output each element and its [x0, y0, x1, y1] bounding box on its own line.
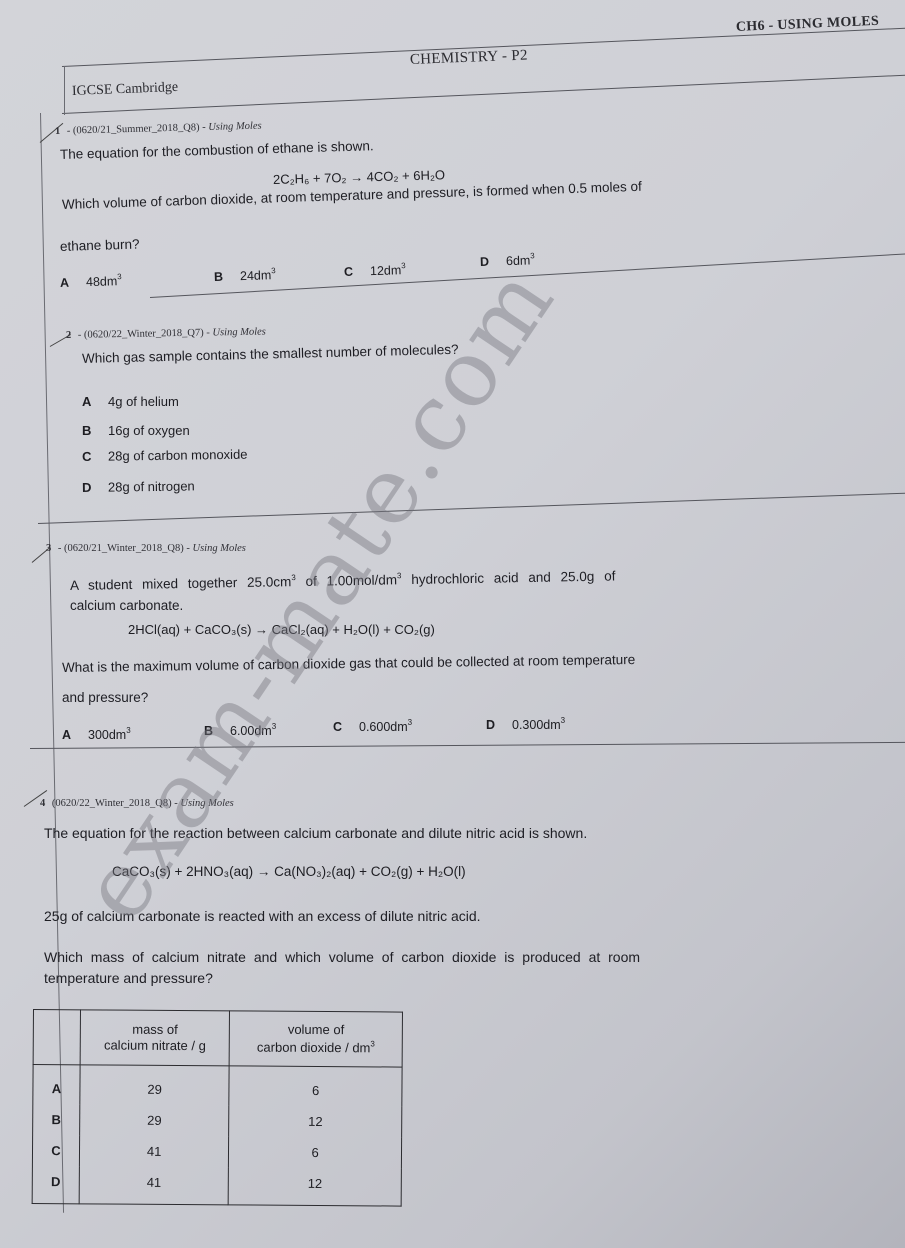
option-letter: C	[32, 1135, 79, 1166]
question-number: 2	[66, 330, 71, 341]
chemical-equation: 2C₂H₆ + 7O₂ → 4CO₂ + 6H₂O	[273, 167, 445, 187]
subject-title: CHEMISTRY - P2	[410, 47, 528, 69]
volume-cell: 6	[229, 1066, 402, 1107]
option-letter: B	[33, 1104, 80, 1135]
option-a[interactable]: A4g of helium	[82, 394, 179, 409]
table-row[interactable]: B 29 12	[33, 1104, 402, 1138]
option-d[interactable]: D0.300dm3	[486, 716, 565, 732]
header-bottom-border	[62, 74, 905, 114]
question-intro: The equation for the combustion of ethan…	[60, 138, 374, 162]
question-number: 4	[40, 798, 45, 809]
question-number: 3	[46, 543, 51, 554]
table-header-empty	[33, 1010, 80, 1065]
option-a[interactable]: A300dm3	[62, 726, 131, 742]
volume-cell: 12	[229, 1105, 402, 1137]
question-text-line2: and pressure?	[62, 690, 148, 705]
mass-cell: 41	[79, 1135, 229, 1167]
exam-board-label: IGCSE Cambridge	[72, 80, 179, 100]
question-ref: 2 - (0620/22_Winter_2018_Q7) - Using Mol…	[66, 327, 266, 341]
question-intro-line2: calcium carbonate.	[70, 598, 183, 613]
table-header-mass: mass of calcium nitrate / g	[80, 1010, 230, 1066]
volume-cell: 12	[228, 1167, 401, 1206]
question-ref: 1 - (0620/21_Summer_2018_Q8) - Using Mol…	[55, 121, 262, 137]
option-c[interactable]: C0.600dm3	[333, 718, 412, 734]
option-b[interactable]: B24dm3	[214, 266, 276, 284]
mass-cell: 29	[80, 1065, 230, 1106]
option-b[interactable]: B16g of oxygen	[82, 423, 190, 438]
question-divider	[38, 493, 905, 524]
answer-options-table: mass of calcium nitrate / g volume of ca…	[32, 1009, 403, 1207]
question-text-line2: temperature and pressure?	[44, 970, 213, 986]
table-header-volume: volume of carbon dioxide / dm3	[229, 1011, 402, 1067]
left-margin-line	[64, 66, 65, 115]
table-row[interactable]: A 29 6	[33, 1065, 402, 1107]
table-row[interactable]: C 41 6	[32, 1135, 401, 1169]
mass-cell: 41	[79, 1166, 229, 1205]
option-d[interactable]: D28g of nitrogen	[82, 478, 195, 495]
option-c[interactable]: C12dm3	[344, 261, 406, 279]
question-text: Which gas sample contains the smallest n…	[82, 342, 459, 366]
chapter-title: CH6 - USING MOLES	[736, 14, 880, 36]
option-c[interactable]: C28g of carbon monoxide	[82, 447, 248, 464]
option-letter: D	[32, 1166, 79, 1204]
worksheet-page: IGCSE Cambridge CHEMISTRY - P2 CH6 - USI…	[0, 0, 905, 1248]
question-number: 1	[55, 126, 61, 137]
question-text: Which mass of calcium nitrate and which …	[44, 949, 640, 965]
volume-cell: 6	[229, 1136, 402, 1168]
table-row[interactable]: D 41 12	[32, 1166, 401, 1206]
option-a[interactable]: A48dm3	[60, 272, 122, 290]
mass-cell: 29	[80, 1104, 230, 1136]
option-letter: A	[33, 1065, 80, 1105]
question-text: What is the maximum volume of carbon dio…	[62, 652, 635, 675]
table-header-row: mass of calcium nitrate / g volume of ca…	[33, 1010, 402, 1068]
question-ref: 3 - (0620/21_Winter_2018_Q8) - Using Mol…	[46, 543, 246, 554]
question-text-line2: ethane burn?	[60, 237, 140, 254]
